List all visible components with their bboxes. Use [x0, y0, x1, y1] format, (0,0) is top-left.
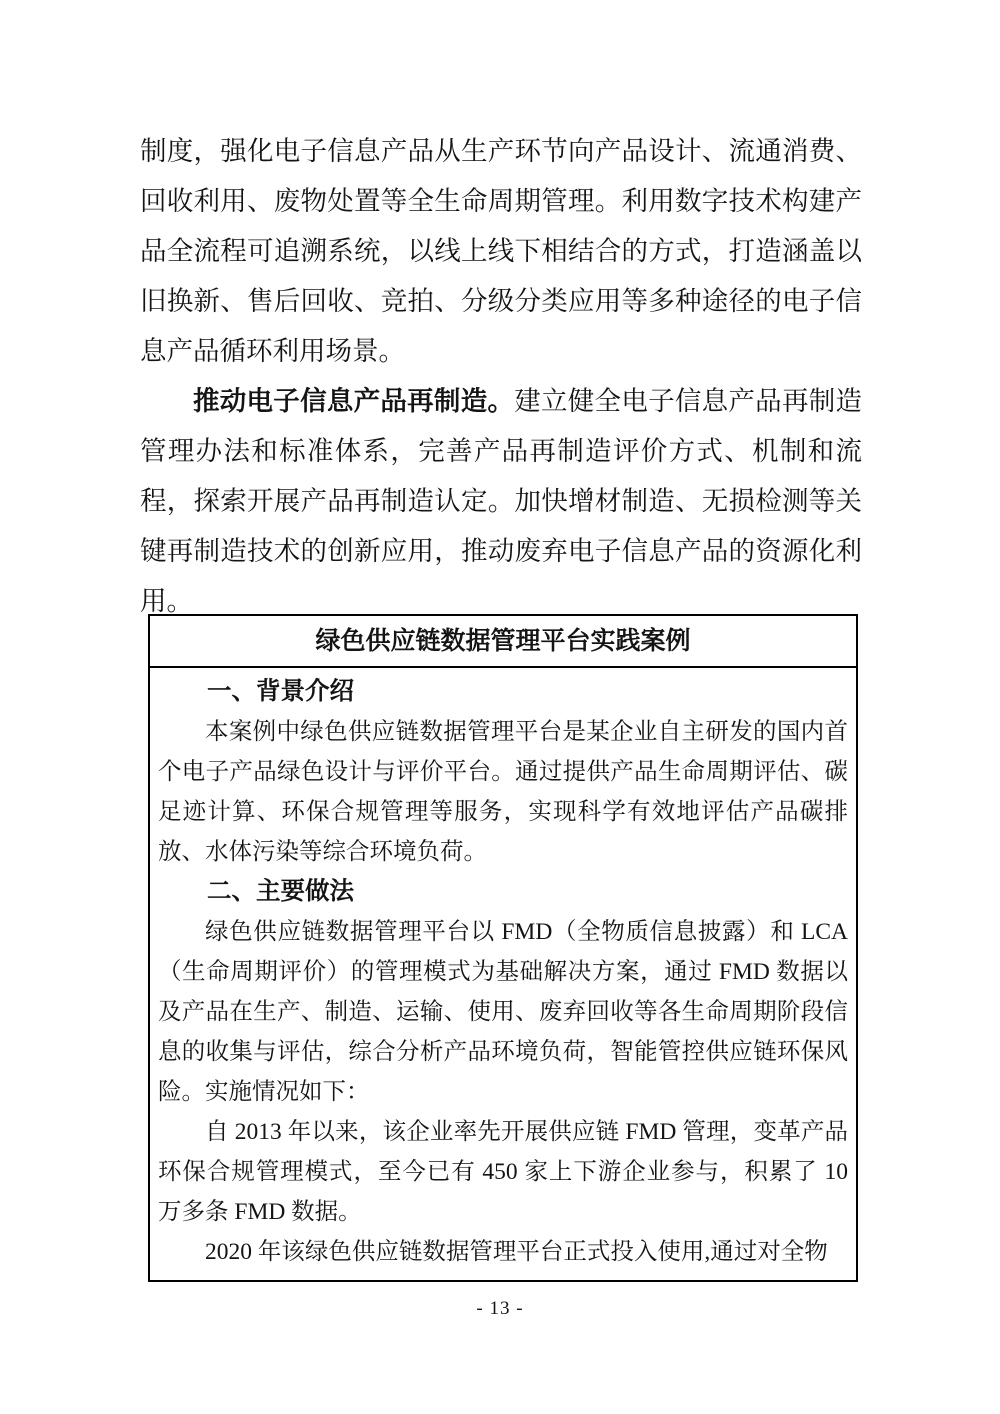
document-page: 制度，强化电子信息产品从生产环节向产品设计、流通消费、回收利用、废物处置等全生命…	[0, 0, 1000, 1414]
paragraph-rest: 建立健全电子信息产品再制造管理办法和标准体系，完善产品再制造评价方式、机制和流程…	[140, 386, 862, 616]
paragraph-lead-bold: 推动电子信息产品再制造。	[193, 386, 514, 416]
section-background-paragraph: 本案例中绿色供应链数据管理平台是某企业自主研发的国内首个电子产品绿色设计与评价平…	[158, 712, 848, 872]
case-box-content: 一、背景介绍 本案例中绿色供应链数据管理平台是某企业自主研发的国内首个电子产品绿…	[150, 668, 856, 1280]
section-practices-paragraph-2: 自 2013 年以来，该企业率先开展供应链 FMD 管理，变革产品环保合规管理模…	[158, 1112, 848, 1232]
case-study-box: 绿色供应链数据管理平台实践案例 一、背景介绍 本案例中绿色供应链数据管理平台是某…	[148, 614, 858, 1282]
section-practices-paragraph-1: 绿色供应链数据管理平台以 FMD（全物质信息披露）和 LCA（生命周期评价）的管…	[158, 912, 848, 1112]
section-heading-background: 一、背景介绍	[158, 672, 848, 712]
case-box-title: 绿色供应链数据管理平台实践案例	[150, 616, 856, 668]
paragraph-remanufacturing: 推动电子信息产品再制造。建立健全电子信息产品再制造管理办法和标准体系，完善产品再…	[140, 376, 862, 626]
paragraph-lifecycle-management: 制度，强化电子信息产品从生产环节向产品设计、流通消费、回收利用、废物处置等全生命…	[140, 126, 862, 376]
section-practices-paragraph-3: 2020 年该绿色供应链数据管理平台正式投入使用,通过对全物	[158, 1232, 848, 1272]
page-number: - 13 -	[0, 1298, 1000, 1320]
section-heading-main-practices: 二、主要做法	[158, 872, 848, 912]
body-text: 制度，强化电子信息产品从生产环节向产品设计、流通消费、回收利用、废物处置等全生命…	[140, 126, 862, 626]
